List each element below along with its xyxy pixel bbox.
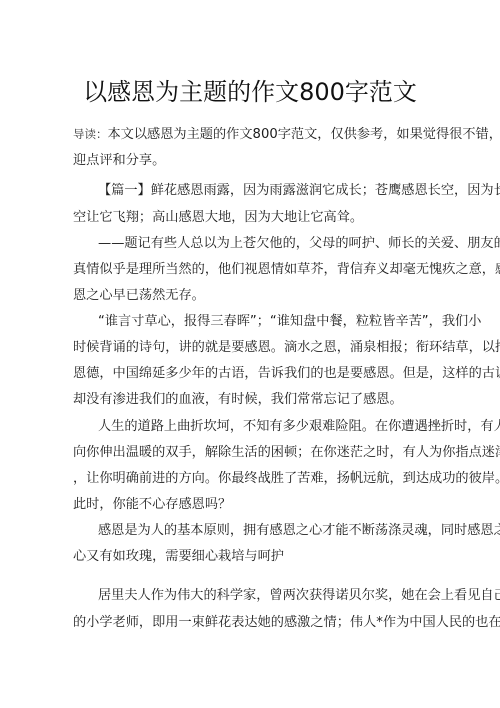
paragraph-6-line-2: 的小学老师，即用一束鲜花表达她的感激之情；伟人*作为中国人民的也在佳 (73, 615, 500, 631)
paragraph-2-line-1: ——题记有些人总以为上苍欠他的，父母的呵护、师长的关爱、朋友的 (98, 236, 500, 252)
paragraph-3-line-1: “谁言寸草心，报得三春晖”；“谁知盘中餐，粒粒皆辛苦”，我们小 (98, 314, 481, 330)
intro-text: 本文以感恩为主题的作文800字范文，仅供参考，如果觉得很不错，欢 (108, 127, 500, 142)
intro-line-1: 导读：本文以感恩为主题的作文800字范文，仅供参考，如果觉得很不错，欢 (73, 126, 500, 143)
paragraph-1-line-2: 空让它飞翔；高山感恩大地，因为大地让它高耸。 (73, 210, 363, 226)
document-title: 以感恩为主题的作文800字范文 (0, 72, 500, 107)
paragraph-4-line-4: 此时，你能不心存感恩吗？ (73, 497, 231, 513)
paragraph-3-line-2: 时候背诵的诗句，讲的就是要感恩。滴水之恩，涌泉相报；衔环结草，以报 (73, 340, 500, 356)
paragraph-4-line-1: 人生的道路上曲折坎坷，不知有多少艰难险阻。在你遭遇挫折时，有人 (98, 419, 500, 435)
paragraph-2-line-3: 恩之心早已荡然无存。 (73, 288, 205, 304)
intro-label: 导读： (73, 127, 108, 141)
paragraph-1-line-1: 【篇一】鲜花感恩雨露，因为雨露滋润它成长；苍鹰感恩长空，因为长 (98, 183, 500, 199)
paragraph-5-line-1: 感恩是为人的基本原则，拥有感恩之心才能不断荡涤灵魂，同时感恩之 (98, 523, 500, 539)
paragraph-4-line-2: 向你伸出温暖的双手，解除生活的困顿；在你迷茫之时，有人为你指点迷津 (73, 445, 500, 461)
document-page: 以感恩为主题的作文800字范文 导读：本文以感恩为主题的作文800字范文，仅供参… (0, 0, 500, 708)
paragraph-2-line-2: 真情似乎是理所当然的，他们视恩情如草芥，背信弃义却毫无愧疚之意，感 (73, 262, 500, 278)
paragraph-6-line-1: 居里夫人作为伟大的科学家，曾两次获得诺贝尔奖，她在会上看见自己 (98, 588, 500, 604)
intro-line-2: 迎点评和分享。 (73, 153, 165, 169)
paragraph-3-line-4: 却没有渗进我们的血液，有时候，我们常常忘记了感恩。 (73, 392, 403, 408)
paragraph-5-line-2: 心又有如玫瑰，需要细心栽培与呵护 (73, 549, 284, 565)
paragraph-3-line-3: 恩德，中国绵延多少年的古语，告诉我们的也是要感恩。但是，这样的古训 (73, 366, 500, 382)
paragraph-4-line-3: ，让你明确前进的方向。你最终战胜了苦难，扬帆远航，到达成功的彼岸。 (73, 471, 500, 487)
